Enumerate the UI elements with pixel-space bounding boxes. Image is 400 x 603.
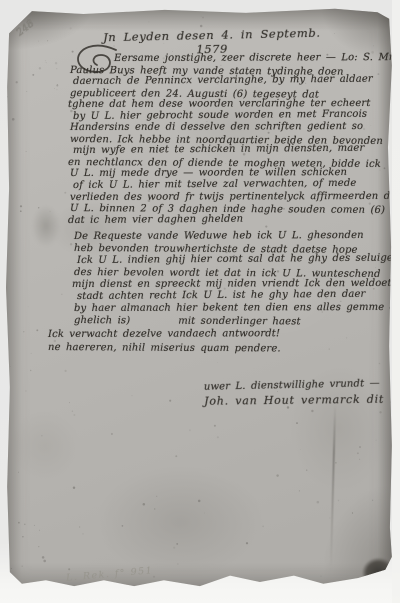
text-line: verlieden des woord fr twijs pertinentel…: [70, 190, 398, 203]
manuscript-page: 248 Jn Leyden desen 4. in Septemb. 1579 …: [6, 7, 393, 592]
letter-closing: Ick verwacht dezelve vandaech antwoordt!…: [48, 328, 348, 354]
text-line: Eersame jonstighe, zeer discrete heer — …: [114, 52, 398, 65]
archival-corner-number: 248: [15, 18, 37, 38]
text-line: Ick U L. indien ghij hier comt sal dat h…: [77, 252, 398, 267]
text-line: De Requeste vande Weduwe heb ick U L. gh…: [74, 230, 398, 243]
pencil-shelfmark: L. Rek. f° 951: [66, 565, 154, 584]
valediction-line: uwer L. dienstwillighe vrundt —: [204, 377, 398, 395]
text-line: of ick U L. hier mit tselve zal verwacht…: [73, 177, 398, 191]
paper-stain: [32, 205, 60, 247]
letter-paragraph-2: De Requeste vande Weduwe heb ick U L. gh…: [74, 231, 398, 327]
signature-block: uwer L. dienstwillighe vrundt — Joh. van…: [204, 377, 398, 407]
text-line: mijn wyfe en niet te schicken in mijn di…: [73, 143, 398, 157]
closing-line: Ick verwacht dezelve vandaech antwoordt!: [48, 327, 348, 341]
text-line: Handersins ende di desselve den schrifte…: [70, 121, 398, 134]
text-line: by haer almanach hier bekent ten dien en…: [74, 302, 398, 315]
ink-blot: [357, 553, 400, 593]
paper-crease: [330, 403, 336, 571]
latin-motto-line: ne haereren, nihil miserius quam pendere…: [48, 341, 348, 356]
signature-line: Joh. van Hout vermarck dit bilwig: [204, 392, 398, 408]
text-line: stadt achten recht Ick U L. ist he ghy h…: [77, 288, 398, 303]
text-line: daernach de Pennincx verclaringhe, by my…: [73, 74, 398, 88]
scan-background: 248 Jn Leyden desen 4. in Septemb. 1579 …: [0, 0, 400, 603]
text-line: dat ic hem vier daghen ghelden: [68, 212, 398, 226]
letter-paragraph-1: Eersame jonstighe, zeer discrete heer — …: [70, 53, 398, 226]
